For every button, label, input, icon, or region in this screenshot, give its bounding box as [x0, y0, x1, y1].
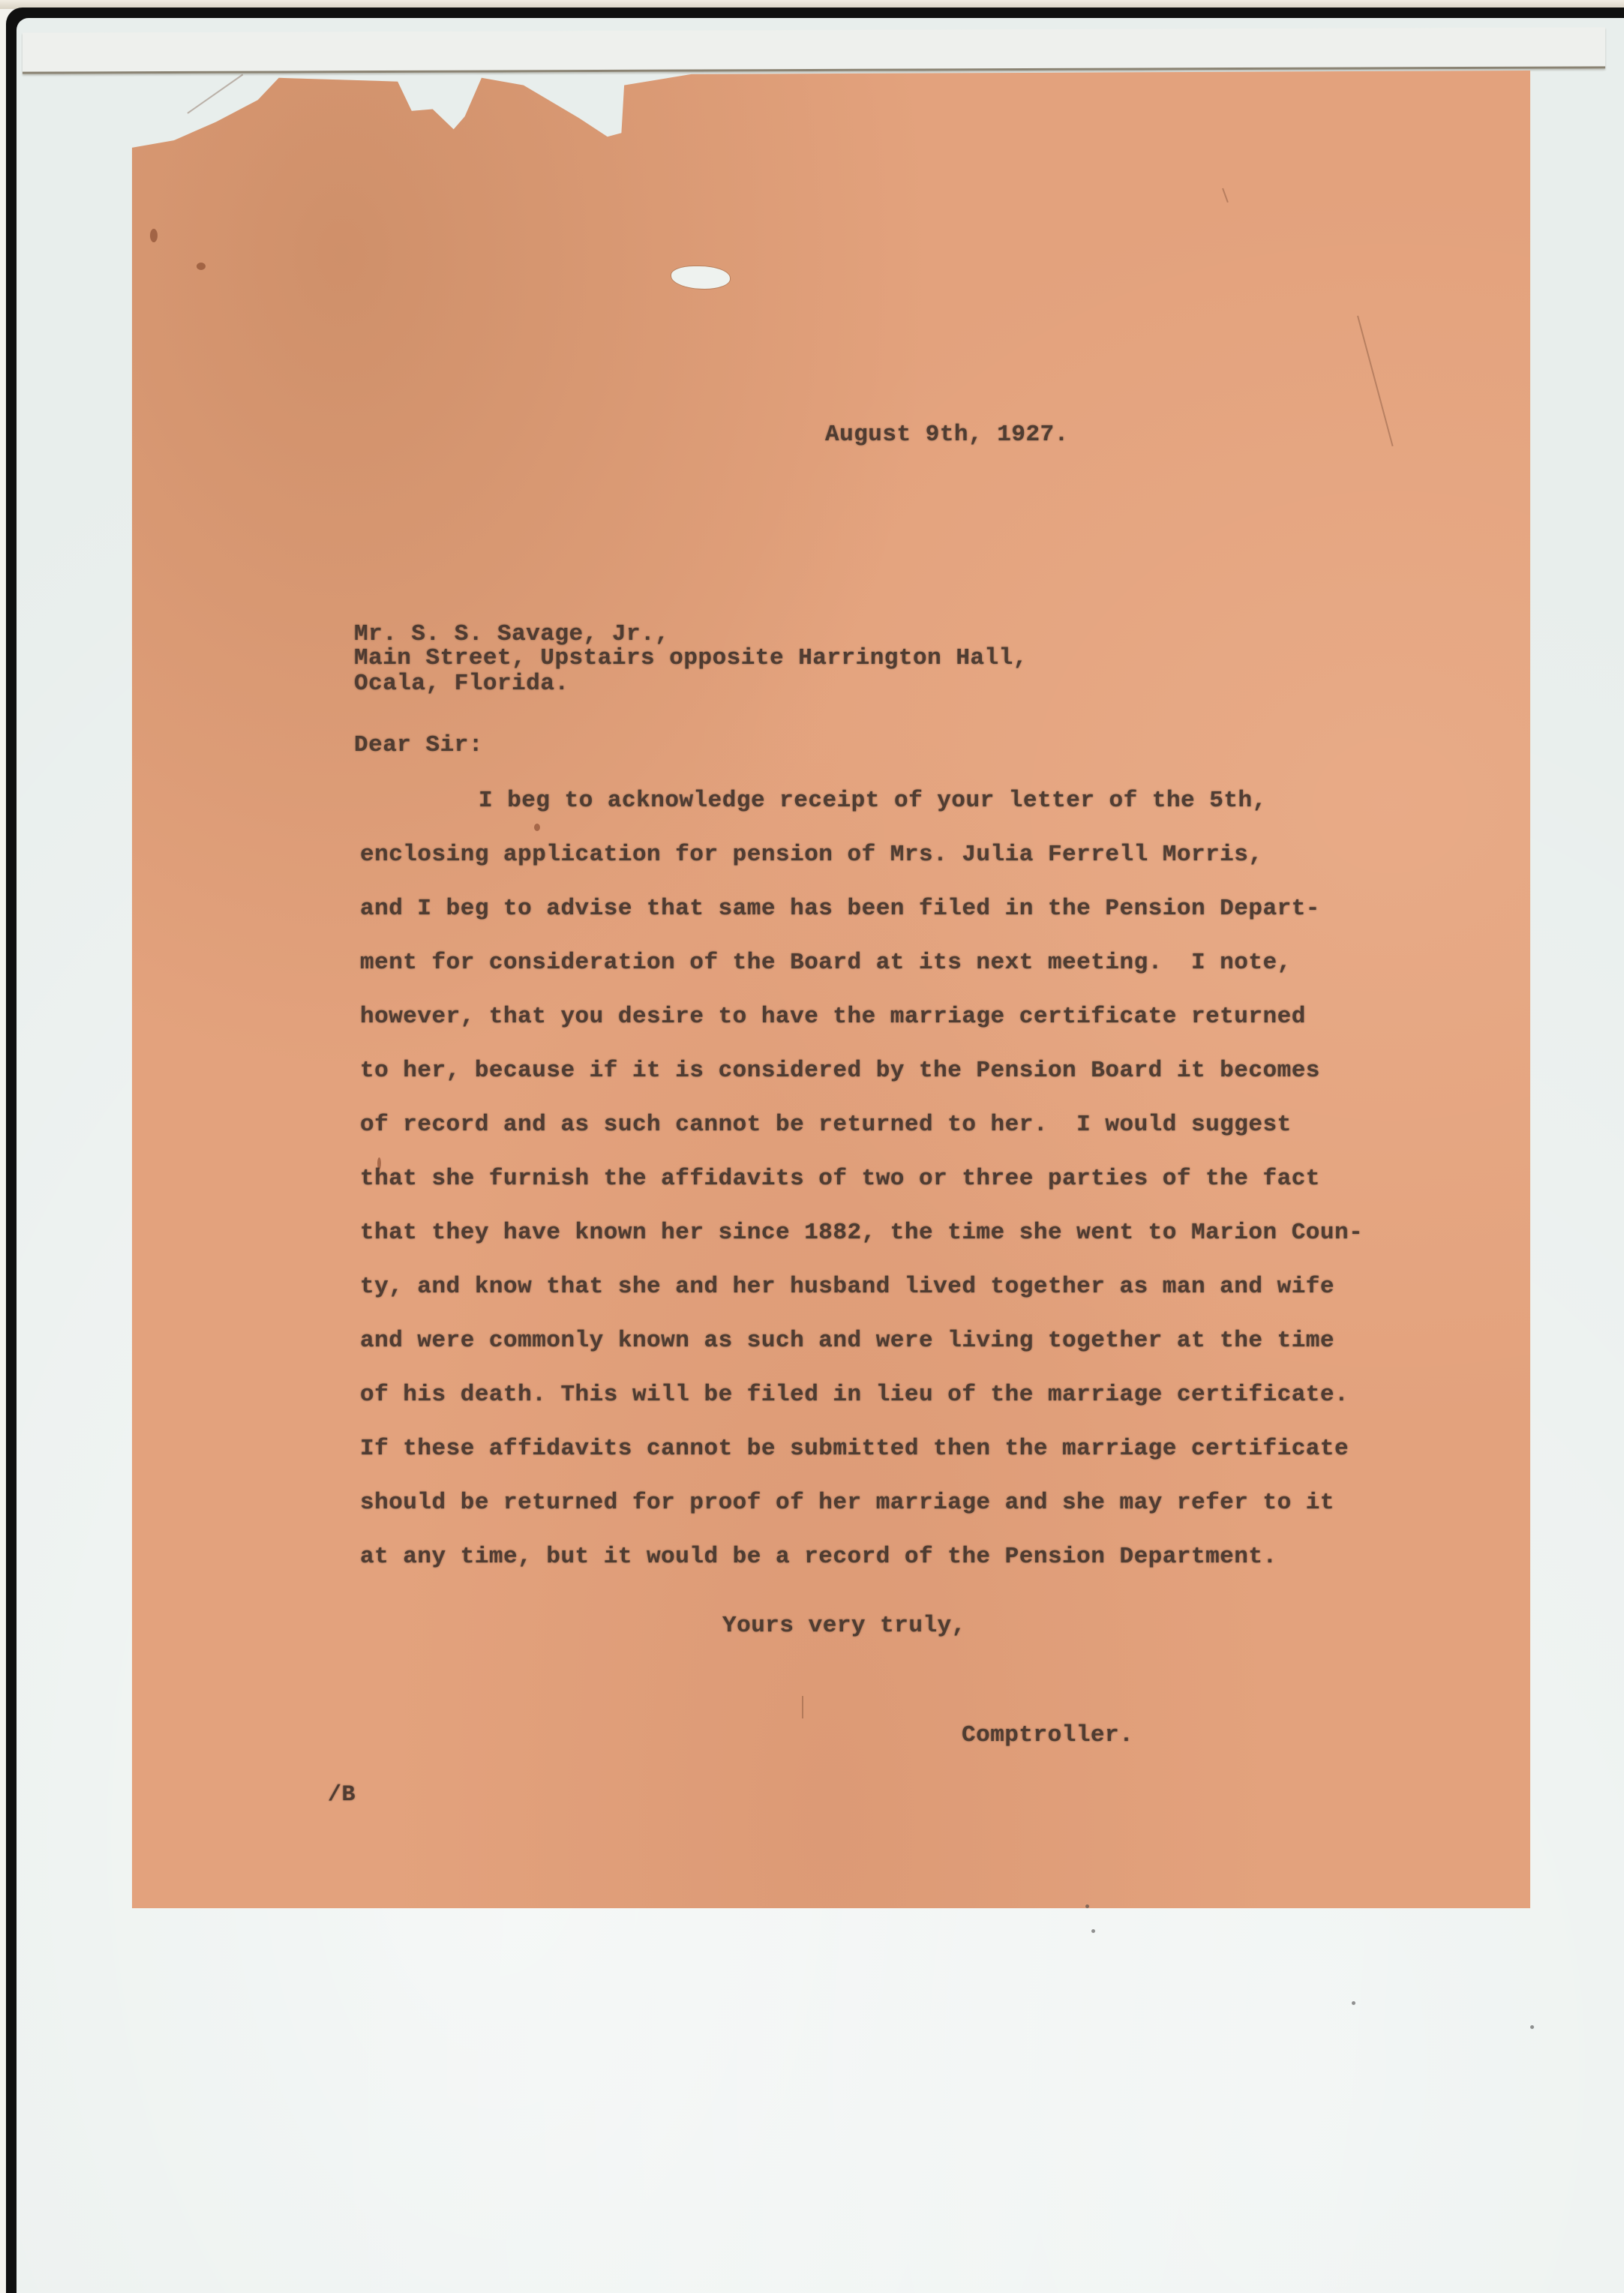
letter-date: August 9th, 1927. — [825, 422, 1069, 448]
body-line: If these affidavits cannot be submitted … — [360, 1436, 1349, 1462]
recipient-street: Main Street, Upstairs opposite Harringto… — [354, 645, 1028, 671]
body-line: ty, and know that she and her husband li… — [360, 1274, 1334, 1300]
ink-spot — [150, 229, 158, 242]
typist-initials: /B — [328, 1782, 356, 1808]
closing: Yours very truly, — [722, 1613, 966, 1639]
ink-spot — [534, 824, 540, 831]
body-line: and were commonly known as such and were… — [360, 1328, 1334, 1354]
dust-speck — [1352, 2001, 1355, 2005]
body-line: of record and as such cannot be returned… — [360, 1112, 1292, 1138]
dust-speck — [1530, 2025, 1534, 2029]
body-line: that she furnish the affidavits of two o… — [360, 1166, 1320, 1192]
body-line: however, that you desire to have the mar… — [360, 1004, 1306, 1030]
body-line: and I beg to advise that same has been f… — [360, 896, 1320, 922]
body-line: that they have known her since 1882, the… — [360, 1220, 1363, 1246]
recipient-name: Mr. S. S. Savage, Jr., — [354, 621, 669, 647]
recipient-city: Ocala, Florida. — [354, 671, 569, 697]
signature-title: Comptroller. — [962, 1722, 1133, 1748]
dust-speck — [1091, 1929, 1095, 1933]
salutation: Dear Sir: — [354, 732, 483, 758]
body-line: ment for consideration of the Board at i… — [360, 950, 1292, 976]
body-line: of his death. This will be filed in lieu… — [360, 1382, 1349, 1408]
dust-speck — [1085, 1904, 1089, 1908]
body-line: should be returned for proof of her marr… — [360, 1490, 1334, 1516]
tape-strip — [23, 27, 1605, 74]
paper-fibre — [802, 1696, 803, 1718]
ink-spot — [197, 263, 206, 270]
body-line: at any time, but it would be a record of… — [360, 1544, 1277, 1570]
body-line: to her, because if it is considered by t… — [360, 1058, 1320, 1084]
body-line: enclosing application for pension of Mrs… — [360, 842, 1263, 868]
body-line: I beg to acknowledge receipt of your let… — [479, 788, 1267, 814]
